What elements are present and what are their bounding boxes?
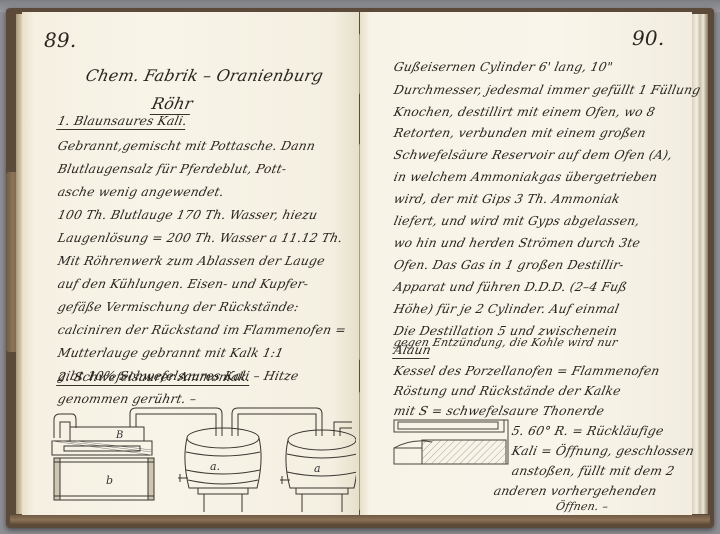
text-line: Laugenlösung = 200 Th. Wasser a 11.12 Th… <box>57 231 344 245</box>
text-line: Knochen, destillirt mit einem Ofen, wo 8 <box>393 105 657 119</box>
apparatus-sketch: B b a. a <box>46 400 356 512</box>
furnace-sketch <box>392 418 512 472</box>
text-line: 5. 60° R. = Rückläufige <box>511 424 666 438</box>
section-heading-2-wrap: 2. Schwefelsaurer Ammoniak. <box>57 370 252 384</box>
text-line: anderen vorhergehenden <box>493 484 658 498</box>
text-line: Gebrannt,gemischt mit Pottasche. Dann <box>57 139 317 153</box>
right-page-number: 90. <box>632 26 664 50</box>
text-line: gefäße Vermischung der Rückstände: <box>57 300 301 314</box>
section-heading-1-text: 1. Blaunsaures Kali. <box>56 114 188 130</box>
svg-text:a.: a. <box>210 460 220 473</box>
left-page-subtitle: Röhr <box>150 94 195 115</box>
text-line: Mutterlauge gebrannt mit Kalk 1:1 <box>57 346 285 360</box>
text-line: wo hin und herden Strömen durch 3te <box>393 236 642 250</box>
text-line: in welchem Ammoniakgas übergetrieben <box>393 170 659 184</box>
text-line: Blutlaugensalz für Pferdeblut, Pott- <box>57 162 288 176</box>
text-line: Schwefelsäure Reservoir auf dem Ofen (A)… <box>393 148 674 162</box>
text-line: Mit Röhrenwerk zum Ablassen der Lauge <box>57 254 327 268</box>
text-line: asche wenig angewendet. <box>57 185 226 199</box>
left-page-number: 89. <box>44 28 76 52</box>
text-line: liefert, und wird mit Gyps abgelassen, <box>393 214 642 228</box>
text-line: Kali = Öffnung, geschlossen <box>511 444 696 458</box>
section-heading-1: 1. Blaunsaures Kali. <box>57 114 189 128</box>
svg-text:a: a <box>314 462 321 475</box>
text-line: Apparat und führen D.D.D. (2–4 Fuß <box>393 280 629 294</box>
svg-text:b: b <box>106 474 113 487</box>
text-line: Kessel des Porzellanofen = Flammenofen <box>393 364 661 378</box>
text-line: mit S = schwefelsaure Thonerde <box>393 404 606 418</box>
svg-text:B: B <box>115 430 123 441</box>
text-line: 100 Th. Blutlauge 170 Th. Wasser, hiezu <box>57 208 319 222</box>
alaun-heading-text: Alaun <box>392 343 432 359</box>
text-line: Retorten, verbunden mit einem großen <box>393 126 648 140</box>
text-line: calciniren der Rückstand im Flammenofen … <box>57 323 348 337</box>
text-line: wird, der mit Gips 3 Th. Ammoniak <box>393 192 622 206</box>
text-line: Ofen. Das Gas in 1 großen Destillir- <box>393 258 626 272</box>
section-heading-2-text: 2. Schwefelsaurer Ammoniak. <box>56 370 252 386</box>
text-line: auf den Kühlungen. Eisen- und Kupfer- <box>57 277 310 291</box>
text-line: Höhe) für je 2 Cylinder. Auf einmal <box>393 302 621 316</box>
text-line: Öffnen. – <box>555 500 610 513</box>
text-line: Durchmesser, jedesmal immer gefüllt 1 Fü… <box>393 83 702 97</box>
left-page-title: Chem. Fabrik – Oranienburg <box>84 66 325 85</box>
text-line: anstoßen, füllt mit dem 2 <box>511 464 676 478</box>
text-line: Gußeisernen Cylinder 6' lang, 10" <box>393 60 615 74</box>
text-line: Röstung und Rückstände der Kalke <box>393 384 623 398</box>
cover-bottom-edge <box>10 515 710 525</box>
alaun-heading: Alaun <box>393 343 433 357</box>
